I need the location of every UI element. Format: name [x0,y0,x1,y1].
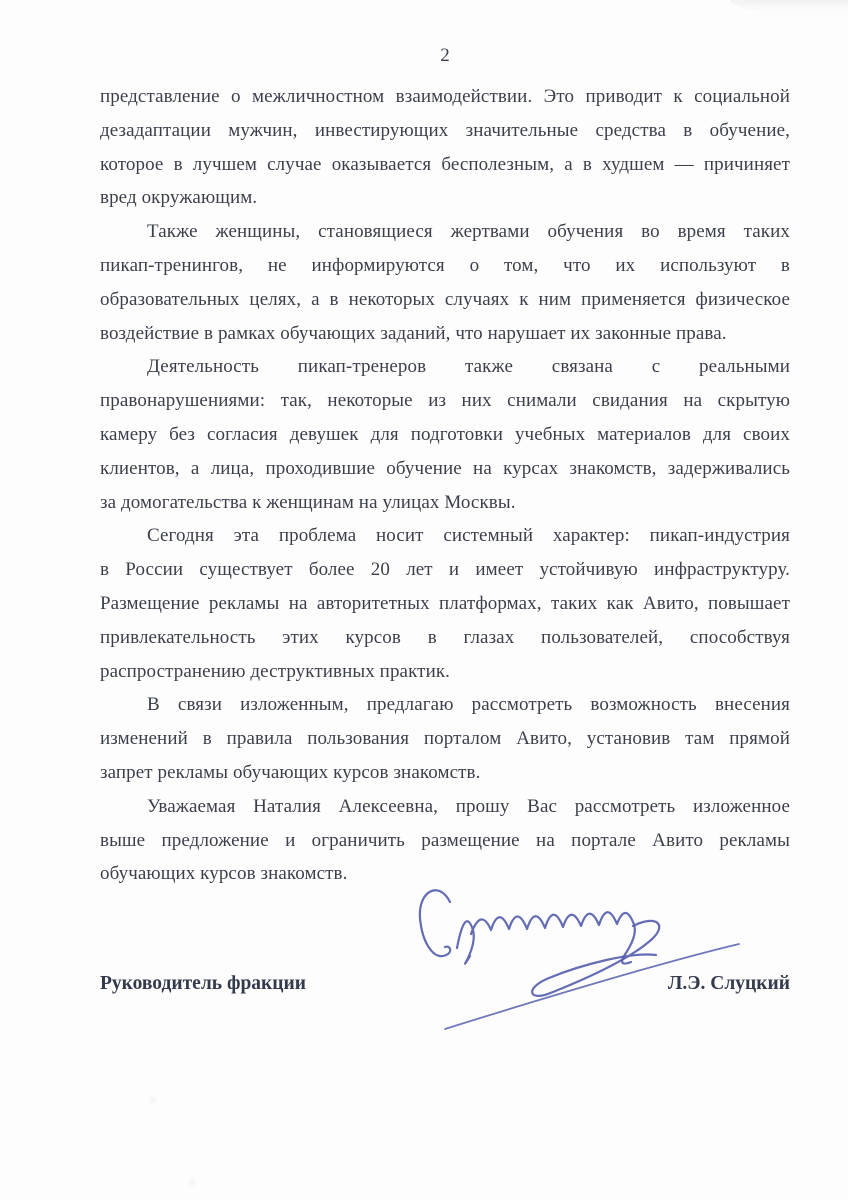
text-line: представление о межличностном взаимодейс… [100,80,790,114]
text-line: изменений в правила пользования порталом… [100,722,790,756]
text-line: распространению деструктивных практик. [100,655,790,689]
signer-name: Л.Э. Слуцкий [668,970,790,998]
text-line: выше предложение и ограничить размещение… [100,824,790,858]
text-line: воздействие в рамках обучающих заданий, … [100,317,790,351]
signature-ink-svg: С уважением, [405,878,745,1036]
text-line: вред окружающим. [100,181,790,215]
paragraph: Сегодня эта проблема носит системный хар… [100,519,790,688]
text-line: клиентов, а лица, проходившие обучение н… [100,452,790,486]
text-line: Деятельность пикап-тренеров также связан… [100,350,790,384]
scan-artifact-streak [730,0,848,14]
signature-footer: Руководитель фракции Л.Э. Слуцкий [100,970,790,998]
paragraph: представление о межличностном взаимодейс… [100,80,790,215]
text-line: Размещение рекламы на авторитетных платф… [100,587,790,621]
text-line: которое в лучшем случае оказывается бесп… [100,148,790,182]
paragraph: Деятельность пикап-тренеров также связан… [100,350,790,519]
text-line: дезадаптации мужчин, инвестирующих значи… [100,114,790,148]
text-line: запрет рекламы обучающих курсов знакомст… [100,756,790,790]
letter-body: представление о межличностном взаимодейс… [100,80,790,891]
text-line: образовательных целях, а в некоторых слу… [100,283,790,317]
text-line: пикап-тренингов, не информируются о том,… [100,249,790,283]
text-line: правонарушениями: так, некоторые из них … [100,384,790,418]
page-number: 2 [100,44,790,68]
text-line: В связи изложенным, предлагаю рассмотрет… [100,688,790,722]
handwritten-signature: С уважением, [405,878,745,1036]
scan-artifact-smudge [188,1176,197,1188]
text-line: в России существует более 20 лет и имеет… [100,553,790,587]
scanned-letter-page: 2 представление о межличностном взаимоде… [0,0,848,1200]
signature-stroke-word [457,912,635,963]
scan-artifact-smudge [148,1094,158,1106]
text-line: Уважаемая Наталия Алексеевна, прошу Вас … [100,790,790,824]
paragraph: Также женщины, становящиеся жертвами обу… [100,215,790,350]
signer-role: Руководитель фракции [100,970,306,998]
text-line: привлекательность этих курсов в глазах п… [100,621,790,655]
text-line: за домогательства к женщинам на улицах М… [100,486,790,520]
paragraph: Уважаемая Наталия Алексеевна, прошу Вас … [100,790,790,891]
signature-stroke-c [420,890,450,956]
paragraph: В связи изложенным, предлагаю рассмотрет… [100,688,790,789]
text-line: Также женщины, становящиеся жертвами обу… [100,215,790,249]
text-line: камеру без согласия девушек для подготов… [100,418,790,452]
text-line: Сегодня эта проблема носит системный хар… [100,519,790,553]
